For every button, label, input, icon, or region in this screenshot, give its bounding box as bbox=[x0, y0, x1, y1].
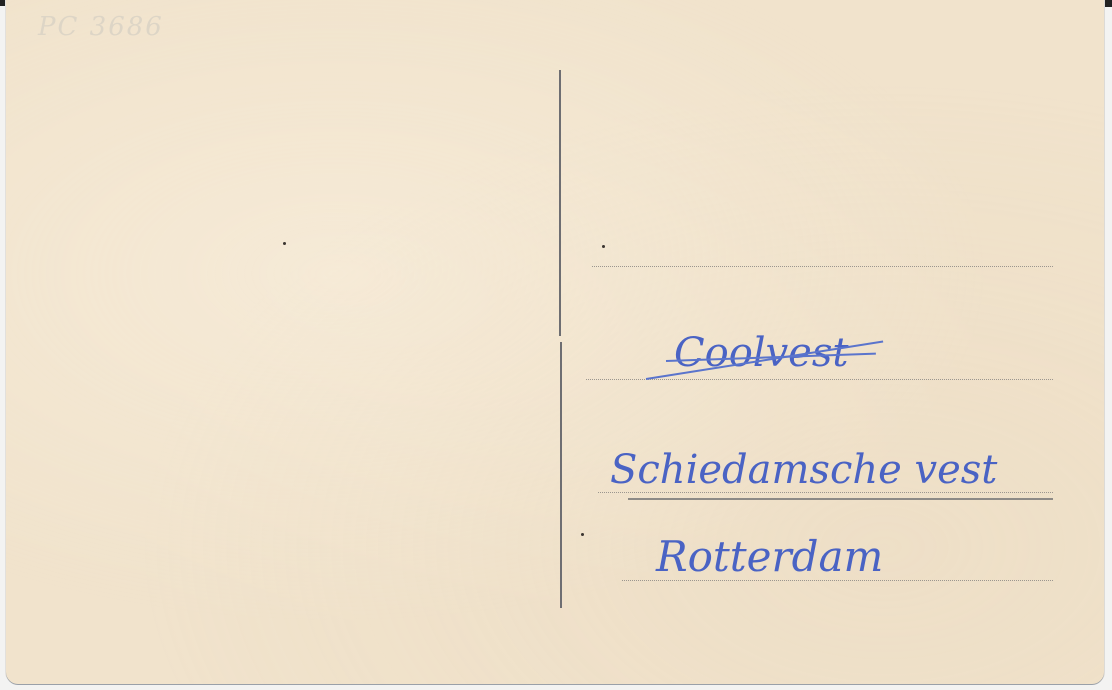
postcard-back: PC 3686 Coolvest Schiedamsche vest Rotte… bbox=[6, 0, 1104, 684]
address-line-1 bbox=[592, 266, 1053, 267]
address-underline bbox=[628, 498, 1053, 500]
address-line-2 bbox=[586, 379, 1053, 380]
center-divider-lower bbox=[560, 342, 562, 608]
paper-speck bbox=[581, 533, 584, 536]
paper-speck bbox=[283, 242, 286, 245]
paper-speck bbox=[602, 245, 605, 248]
handwritten-street: Schiedamsche vest bbox=[610, 447, 997, 493]
catalog-mark: PC 3686 bbox=[38, 12, 164, 42]
handwritten-city: Rotterdam bbox=[656, 532, 883, 581]
scan-edge-mark bbox=[1103, 0, 1112, 7]
center-divider-upper bbox=[559, 70, 561, 336]
